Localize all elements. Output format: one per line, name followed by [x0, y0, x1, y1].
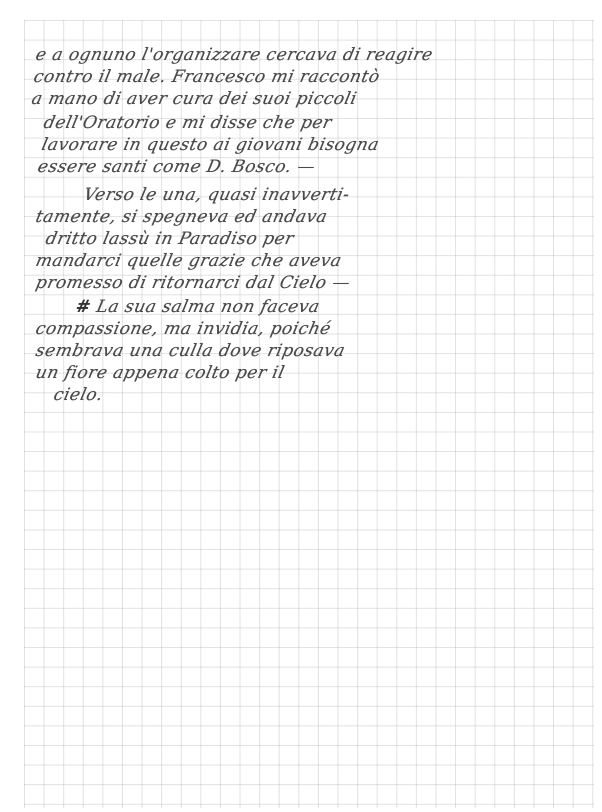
text-line: dritto lassù in Paradiso per — [44, 228, 296, 250]
line-text: lavorare in questo ai giovani bisogna — [40, 135, 381, 155]
line-text: compassione, ma invidia, poiché — [34, 319, 333, 339]
text-line: lavorare in questo ai giovani bisogna — [40, 134, 382, 156]
line-text: dritto lassù in Paradiso per — [44, 229, 296, 249]
line-text: mandarci quelle grazie che aveva — [34, 251, 344, 271]
text-line: sembrava una culla dove riposava — [34, 340, 348, 362]
line-text: La sua salma non faceva — [95, 297, 322, 317]
line-text: essere santi come D. Bosco. — [36, 157, 294, 177]
text-line: tamente, si spegneva ed andava — [34, 206, 330, 228]
text-line: compassione, ma invidia, poiché — [34, 318, 333, 340]
line-text: a mano di aver cura dei suoi piccoli — [30, 89, 359, 109]
text-line: a mano di aver cura dei suoi piccoli — [30, 88, 359, 110]
line-text: sembrava una culla dove riposava — [34, 341, 347, 361]
line-text: promesso di ritornarci dal Cielo — [34, 273, 329, 293]
paragraph-marker-icon: # — [74, 297, 93, 317]
line-text: tamente, si spegneva ed andava — [34, 207, 330, 227]
text-line: promesso di ritornarci dal Cielo— — [34, 272, 353, 294]
text-line: un fiore appena colto per il — [34, 362, 287, 384]
text-line: dell'Oratorio e mi disse che per — [42, 112, 334, 134]
line-text: dell'Oratorio e mi disse che per — [42, 113, 334, 133]
text-line: Verso le una, quasi inavverti- — [82, 184, 352, 206]
handwritten-page: e a ognuno l'organizzare cercava di reag… — [0, 0, 602, 812]
text-line: contro il male. Francesco mi raccontò — [32, 66, 382, 88]
line-text: e a ognuno l'organizzare cercava di reag… — [34, 45, 435, 65]
text-line: essere santi come D. Bosco.— — [36, 156, 318, 178]
line-text: cielo. — [52, 385, 105, 405]
text-line: mandarci quelle grazie che aveva — [34, 250, 344, 272]
line-text: Verso le una, quasi inavverti- — [82, 185, 352, 205]
text-line: #La sua salma non faceva — [74, 296, 322, 318]
line-text: contro il male. Francesco mi raccontò — [32, 67, 382, 87]
text-line: e a ognuno l'organizzare cercava di reag… — [34, 44, 435, 66]
text-line: cielo. — [52, 384, 105, 406]
line-text: un fiore appena colto per il — [34, 363, 287, 383]
